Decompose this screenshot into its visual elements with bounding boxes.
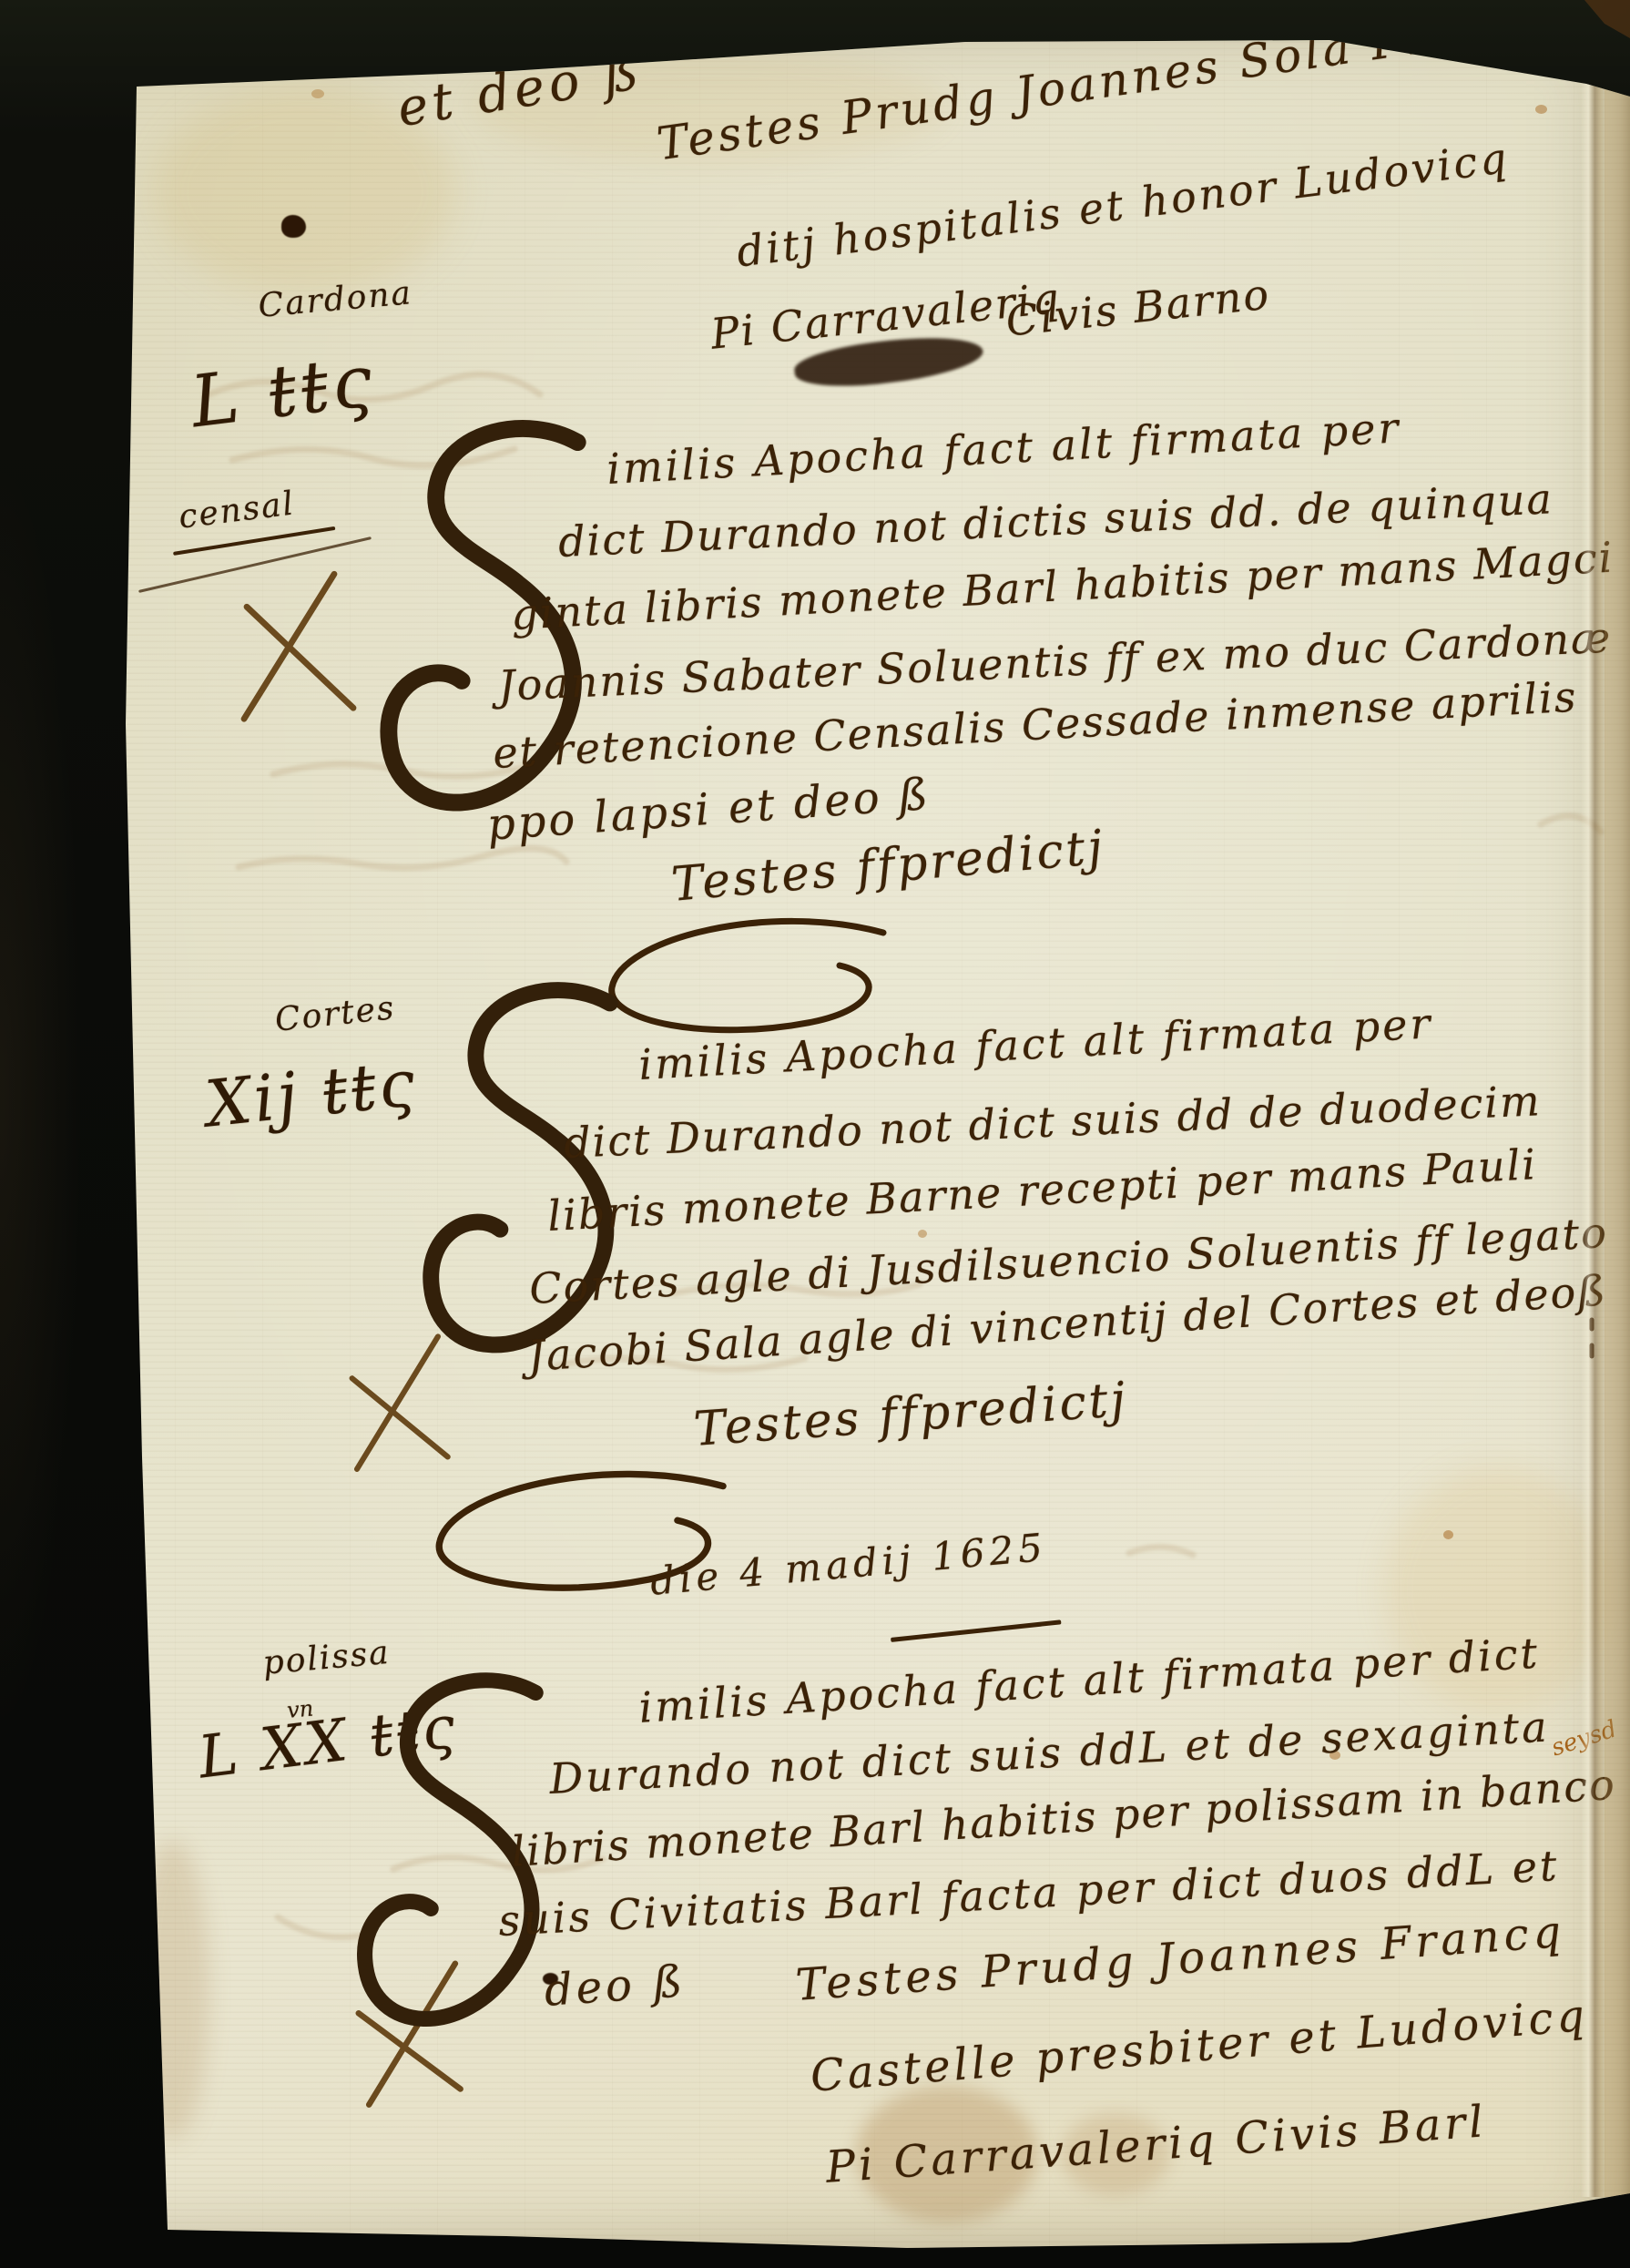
manuscript-page: et deo ß Testes Prudg Joannes Sola Prior… xyxy=(0,0,1630,2268)
underlying-page-edge xyxy=(1605,82,1630,2197)
binding-corner-leather xyxy=(0,0,1630,55)
photograph-background: et deo ß Testes Prudg Joannes Sola Prior… xyxy=(0,0,1630,2268)
paper-edge-shading xyxy=(0,0,1630,2268)
page-fold-crease xyxy=(1581,80,1606,2197)
